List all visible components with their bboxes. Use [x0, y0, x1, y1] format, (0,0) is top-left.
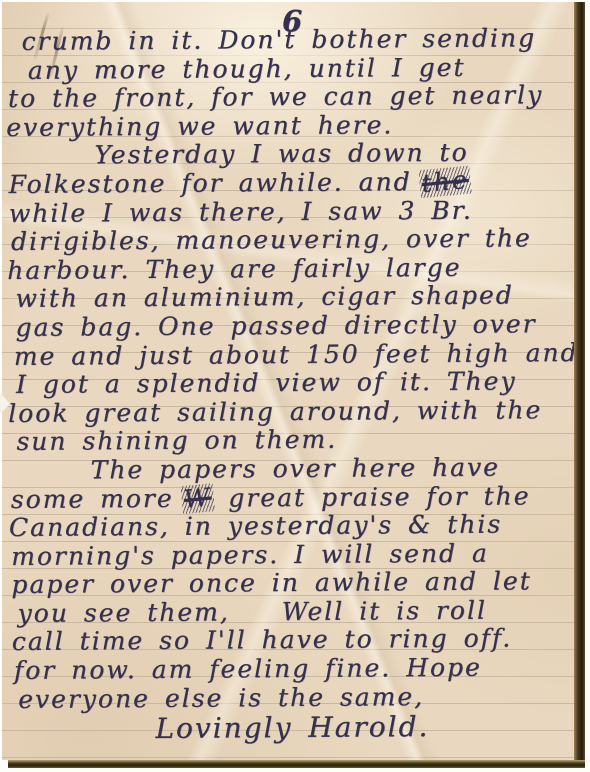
letter-line-18: Canadians, in yesterday's & this [9, 510, 575, 543]
letter-line-5: Yesterday I was down to [94, 138, 572, 170]
letter-line-8: dirigibles, manoeuvering, over the [11, 224, 573, 257]
letter-line-3: to the front, for we can get nearly [8, 81, 572, 114]
letter-line-14: look great sailing around, with the [8, 396, 574, 429]
crossed-out-mark: W [180, 483, 214, 514]
letter-line-23: for now. am feeling fine. Hope [14, 653, 576, 686]
letter-line-24: everyone else is the same, [18, 682, 576, 714]
letter-line-22: call time so I'll have to ring off. [12, 624, 576, 657]
letter-line-4: everything we want here. [6, 110, 572, 143]
letter-body: crumb in it. Don't bother sending any mo… [5, 24, 576, 748]
scanned-letter-page: 6 crumb in it. Don't bother sending any … [0, 0, 590, 772]
letter-line-6: Folkestone for awhile. andthe [8, 167, 572, 200]
letter-line-20: paper over once in awhile and let [11, 567, 575, 600]
scan-edge-right [574, 2, 585, 766]
signature: Lovingly Harold. [155, 710, 576, 747]
letter-line-1: crumb in it. Don't bother sending [21, 24, 571, 56]
scan-edge-bottom [8, 760, 585, 768]
crossed-out-word: the [418, 166, 471, 199]
